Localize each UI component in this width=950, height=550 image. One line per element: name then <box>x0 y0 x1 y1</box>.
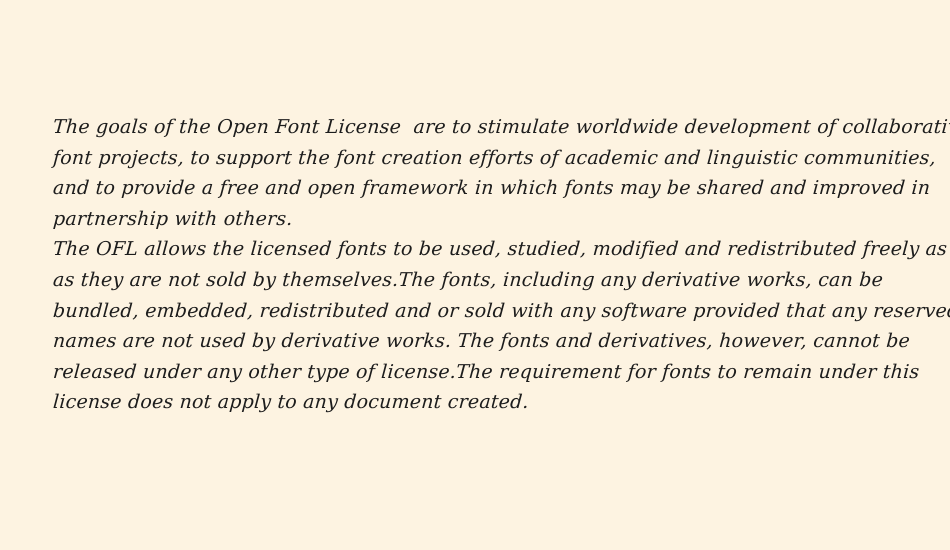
specimen-line: partnership with others. <box>52 204 914 235</box>
specimen-line: and to provide a free and open framework… <box>52 173 914 204</box>
specimen-line: bundled, embedded, redistributed and or … <box>52 296 914 327</box>
specimen-line: as they are not sold by themselves.The f… <box>52 265 914 296</box>
specimen-line: released under any other type of license… <box>52 357 914 388</box>
specimen-line: The goals of the Open Font License are t… <box>52 112 914 143</box>
specimen-text: The goals of the Open Font License are t… <box>52 112 912 418</box>
specimen-line: The OFL allows the licensed fonts to be … <box>52 234 914 265</box>
specimen-line: names are not used by derivative works. … <box>52 326 914 357</box>
specimen-line: license does not apply to any document c… <box>52 387 914 418</box>
specimen-line: font projects, to support the font creat… <box>52 143 914 174</box>
specimen-page: The goals of the Open Font License are t… <box>0 0 950 550</box>
